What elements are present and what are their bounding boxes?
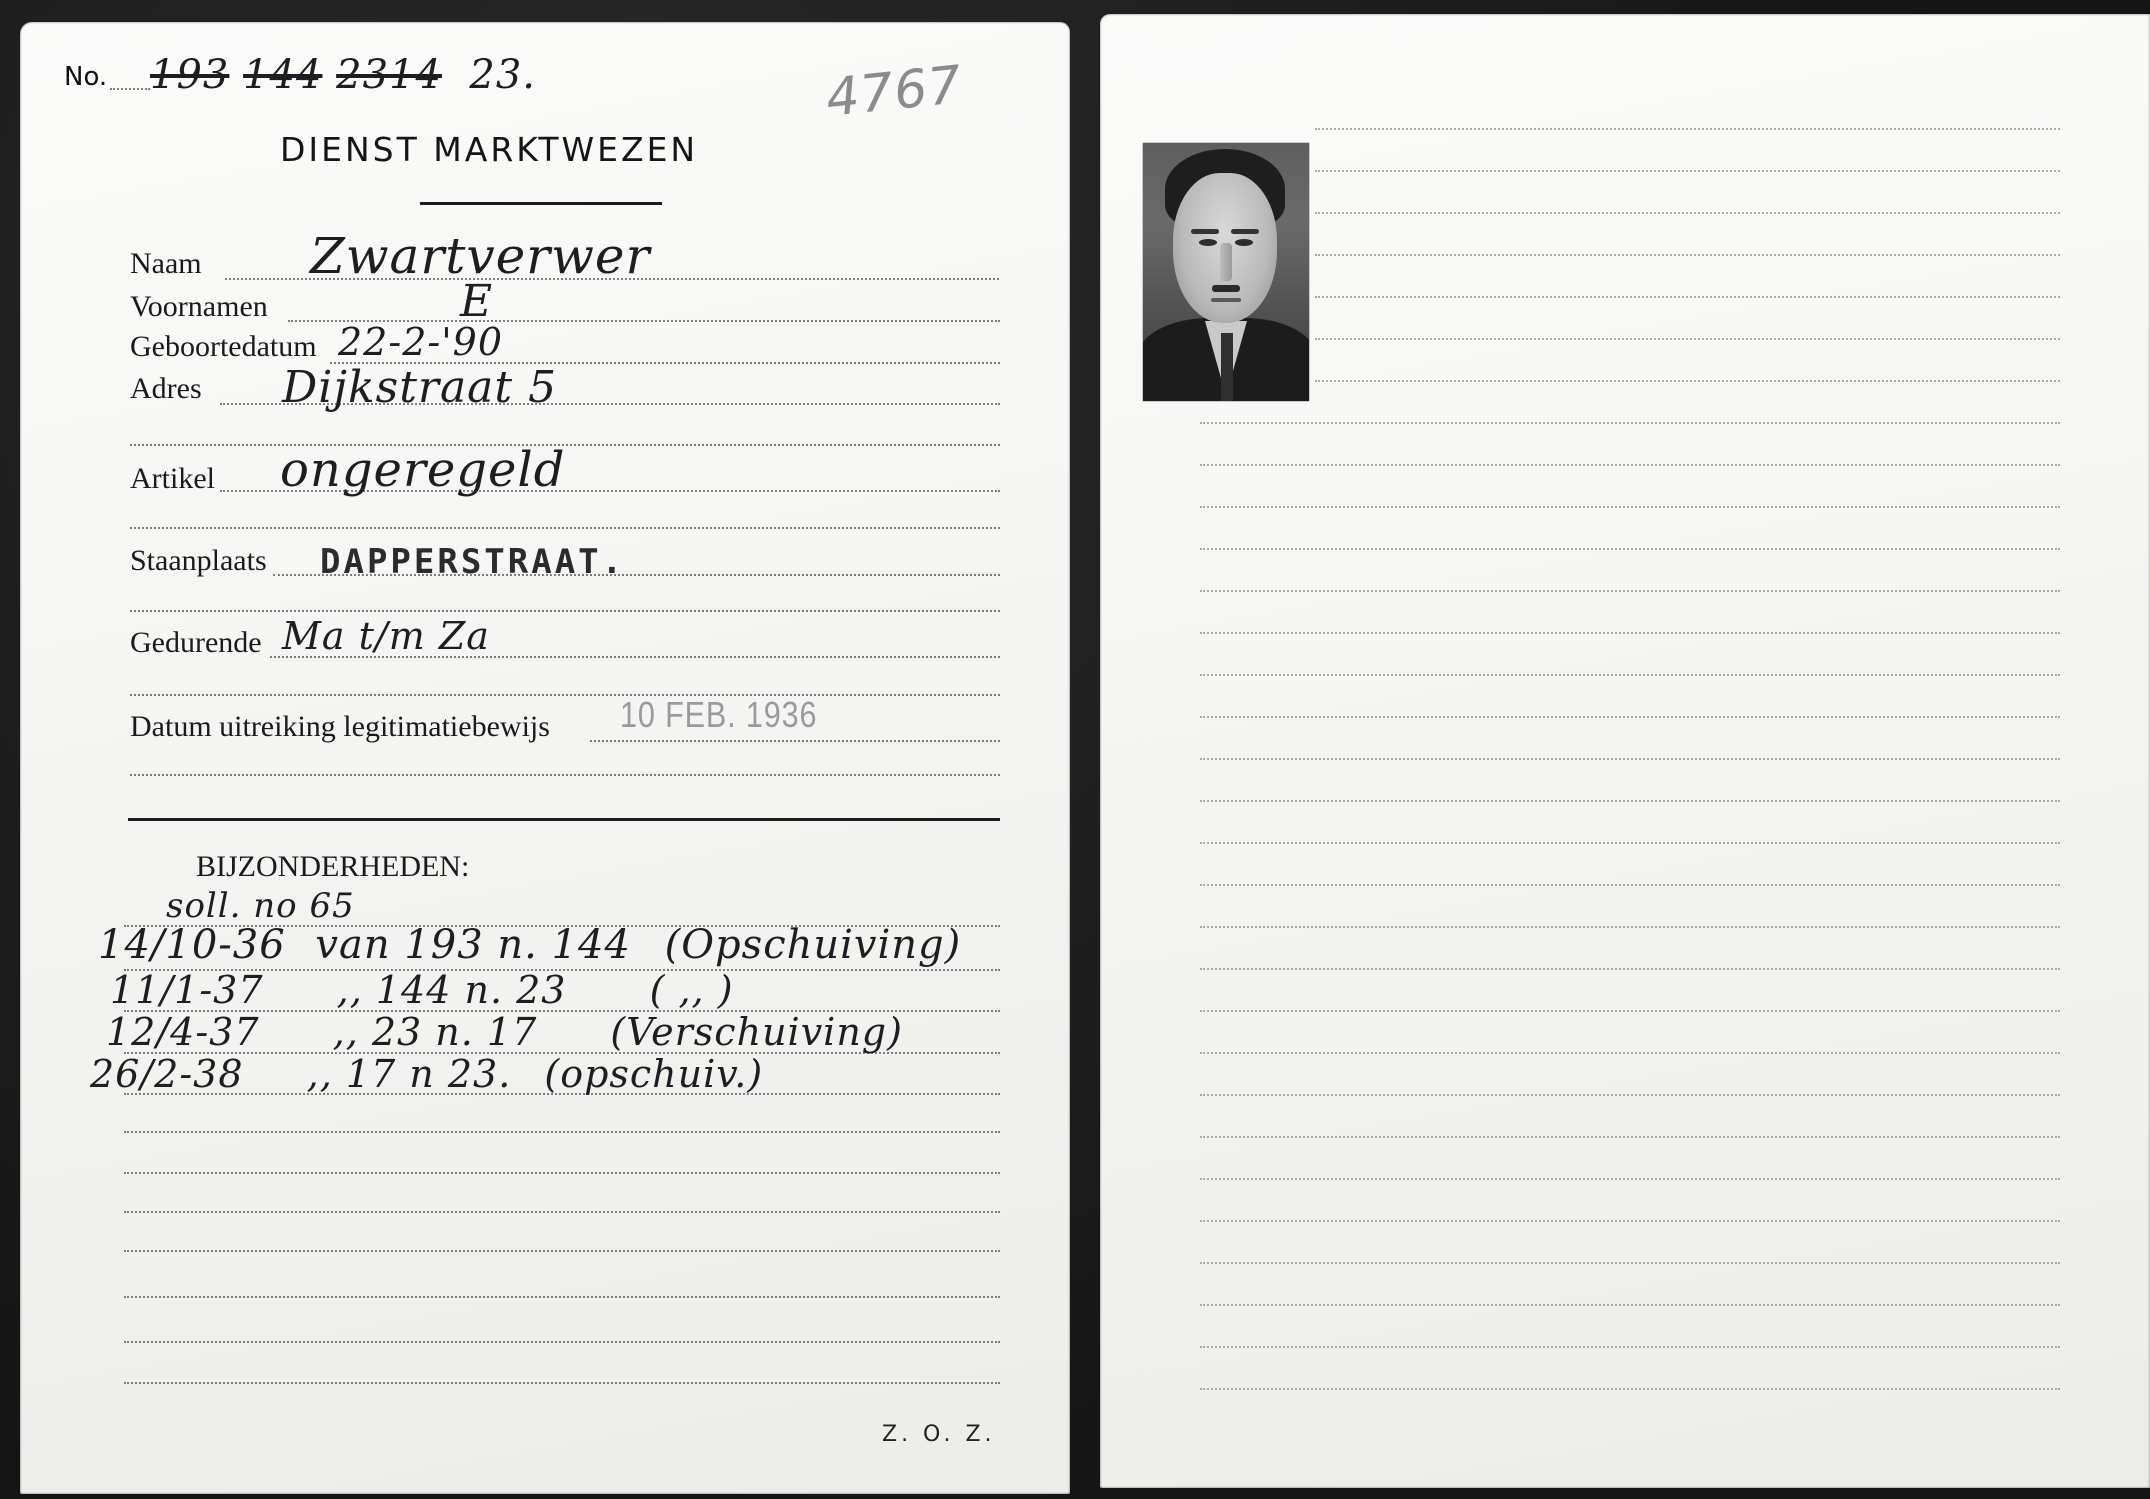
bijzonderheden-entry: 26/2-38 ,, 17 n 23. (opschuiv.) — [90, 1052, 763, 1096]
ruled-line — [1200, 590, 2060, 592]
ruled-line — [1200, 632, 2060, 634]
ruled-line — [1200, 1220, 2060, 1222]
bijzonderheden-entry: 14/10-36 van 193 n. 144 (Opschuiving) — [98, 922, 961, 968]
ruled-line — [124, 1172, 1000, 1174]
bijzonderheden-heading: BIJZONDERHEDEN: — [196, 850, 469, 884]
ruled-line — [1200, 1262, 2060, 1264]
ruled-line — [1200, 800, 2060, 802]
ruled-line — [124, 1296, 1000, 1298]
artikel-value: ongeregeld — [280, 442, 566, 498]
datum-uitreiking-stamp: 10 FEB. 1936 — [620, 694, 817, 736]
ruled-line — [1200, 1010, 2060, 1012]
footer-zoz: Z. O. Z. — [882, 1422, 996, 1447]
ruled-line — [1315, 296, 2060, 298]
current-number: 23. — [469, 52, 536, 98]
ruled-line — [1200, 1178, 2060, 1180]
ruled-line — [1315, 212, 2060, 214]
ruled-line — [124, 1211, 1000, 1213]
ruled-line — [1200, 968, 2060, 970]
struck-number: 144 — [243, 52, 322, 98]
ruled-line — [1200, 674, 2060, 676]
artikel-label: Artikel — [130, 462, 215, 496]
ruled-line — [1200, 1094, 2060, 1096]
bijzonderheden-entry: 11/1-37 ,, 144 n. 23 ( ,, ) — [110, 968, 734, 1012]
title-rule — [420, 202, 662, 205]
ruled-line — [1315, 338, 2060, 340]
struck-number: 23 — [336, 52, 389, 98]
ruled-line — [1200, 548, 2060, 550]
bijzonderheden-note: soll. no 65 — [166, 886, 355, 926]
ruled-line — [1315, 380, 2060, 382]
ruled-line — [124, 1250, 1000, 1252]
ruled-line — [1200, 422, 2060, 424]
ruled-line — [1200, 1052, 2060, 1054]
ruled-line — [1200, 1346, 2060, 1348]
struck-number: 14 — [389, 52, 442, 98]
staanplaats-value: DAPPERSTRAAT. — [320, 542, 625, 582]
adres-value: Dijkstraat 5 — [282, 362, 557, 413]
ruled-line — [124, 1131, 1000, 1133]
ruled-line — [1315, 128, 2060, 130]
number-label: No. — [64, 62, 107, 92]
datum-uitreiking-label: Datum uitreiking legitimatiebewijs — [130, 710, 550, 744]
registration-card-back — [1100, 14, 2150, 1488]
gedurende-value: Ma t/m Za — [282, 614, 490, 658]
naam-label: Naam — [130, 247, 202, 281]
struck-number: 193 — [150, 52, 229, 98]
ruled-line — [1200, 1388, 2060, 1390]
ruled-line — [1315, 254, 2060, 256]
id-photo — [1143, 143, 1309, 401]
geboortedatum-value: 22-2-'90 — [338, 320, 503, 364]
section-divider — [128, 818, 1000, 821]
staanplaats-label: Staanplaats — [130, 544, 267, 578]
ruled-line — [1200, 758, 2060, 760]
ruled-line — [124, 1382, 1000, 1384]
ruled-line — [1200, 1304, 2060, 1306]
ruled-line — [1200, 1136, 2060, 1138]
geboortedatum-label: Geboortedatum — [130, 330, 317, 364]
ruled-line — [1200, 926, 2060, 928]
bijzonderheden-entry: 12/4-37 ,, 23 n. 17 (Verschuiving) — [106, 1010, 903, 1054]
page-title: DIENST MARKTWEZEN — [280, 130, 698, 169]
ruled-line — [1200, 464, 2060, 466]
ruled-line — [1200, 716, 2060, 718]
ruled-line — [1200, 842, 2060, 844]
voornamen-label: Voornamen — [130, 290, 268, 324]
archive-number: 4767 — [823, 55, 965, 129]
ruled-line — [1200, 884, 2060, 886]
ruled-line — [124, 1341, 1000, 1343]
ruled-line — [1200, 506, 2060, 508]
ruled-line — [1315, 170, 2060, 172]
registration-card-front: No. 193 144 2314 23. 4767 DIENST MARKTWE… — [20, 22, 1070, 1494]
gedurende-label: Gedurende — [130, 626, 262, 660]
adres-label: Adres — [130, 372, 202, 406]
card-number: 193 144 2314 23. — [150, 52, 536, 98]
